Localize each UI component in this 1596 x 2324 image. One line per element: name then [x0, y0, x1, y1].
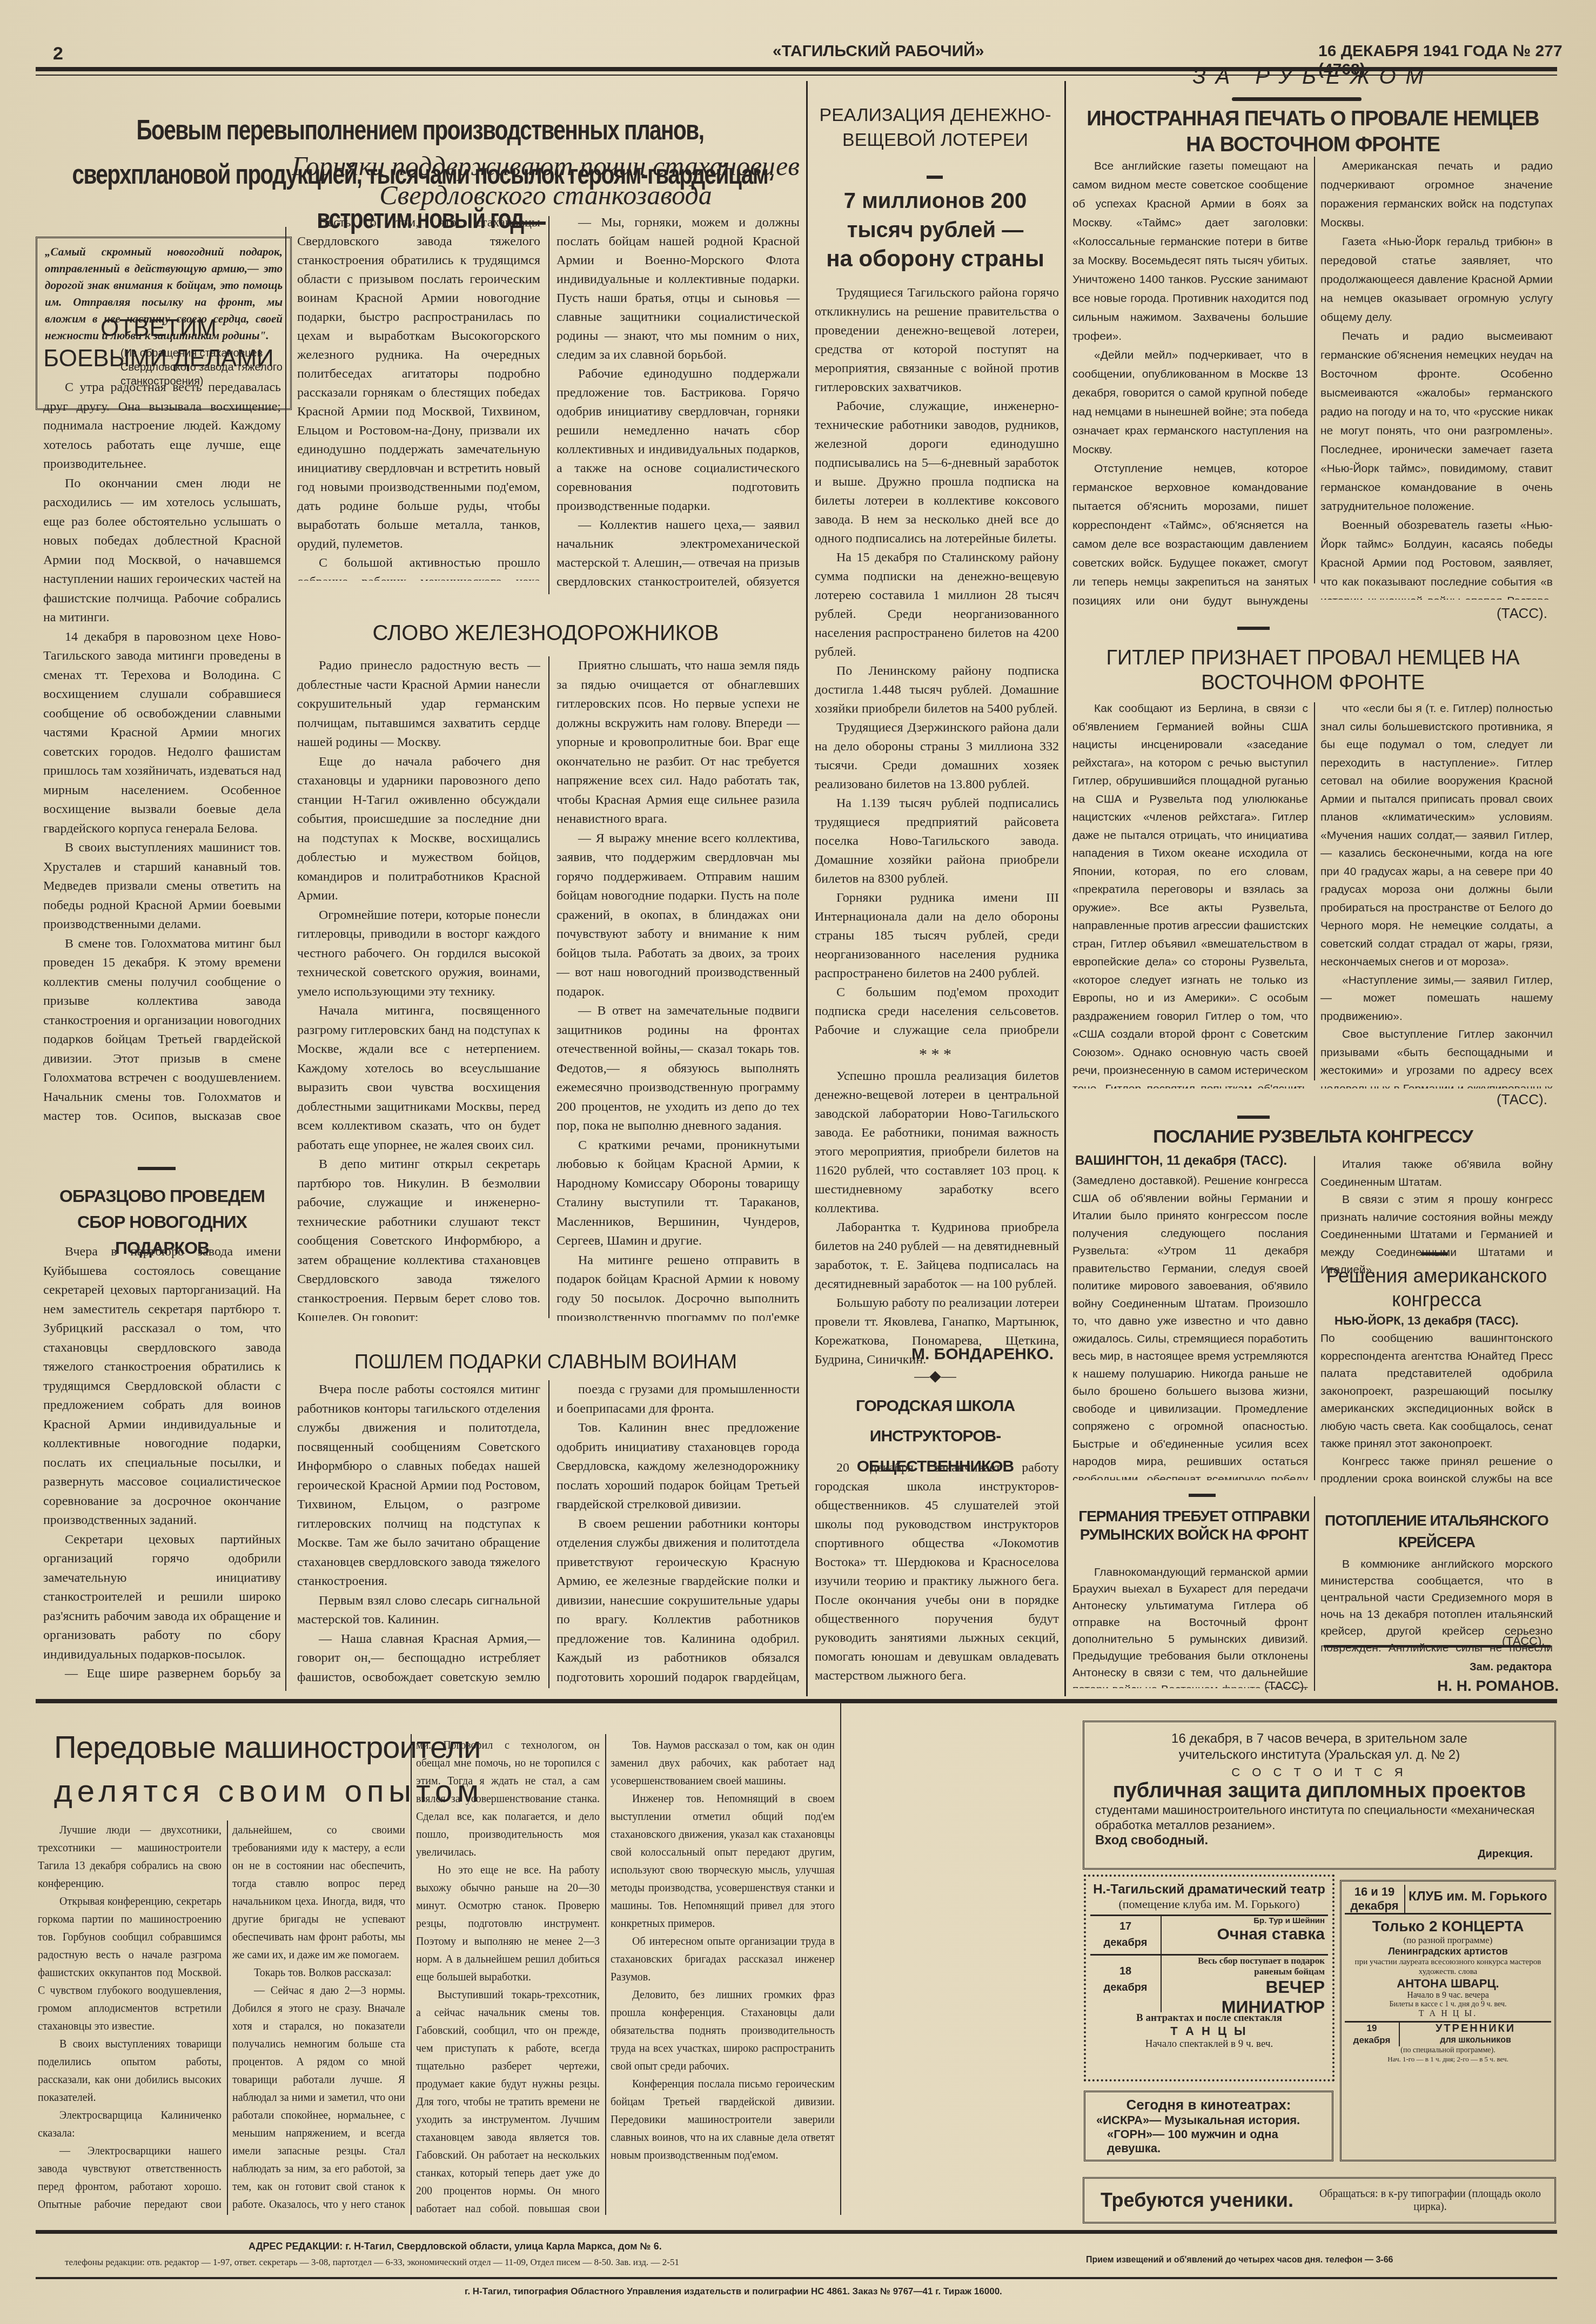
- article-title-gornyaki: Горняки поддерживают почин стахановцев С…: [292, 151, 800, 210]
- ad-cinema: Сегодня в кинотеатрах: «ИСКРА»— Музыкаль…: [1084, 2091, 1333, 2161]
- column-divider: [1314, 157, 1315, 583]
- ad-entry: Вход свободный.: [1084, 1833, 1554, 1848]
- article-col-poshlem-2: поезда с грузами для промышленности и бо…: [556, 1380, 800, 1688]
- lottery-body: Трудящиеся Тагильского района горячо отк…: [815, 284, 1059, 1040]
- ad-spaced: С О С Т О И Т С Я: [1084, 1765, 1554, 1779]
- divider-dash: [927, 176, 943, 179]
- footer-phones: телефоны редакции: отв. редактор — 1-97,…: [65, 2257, 1081, 2268]
- article-col-machine-4: Тов. Наумов рассказал о том, как он один…: [611, 1737, 835, 2212]
- article-title-roosevelt: ПОСЛАНИЕ РУЗВЕЛЬТА КОНГРЕССУ: [1075, 1126, 1551, 1147]
- article-col-machine-3: ми. Поговорил с технологом, он обещал мн…: [416, 1737, 600, 2212]
- article-col-gornyaki-1: Весть о том, что стахановцы Свердловског…: [297, 213, 540, 581]
- article-col-machine-1: Лучшие люди — двухсотники, трехсотники —…: [38, 1822, 222, 2211]
- apprentices-contact: Обращаться: в к-ру типографии (площадь о…: [1306, 2187, 1554, 2213]
- divider-dash: [1189, 1494, 1216, 1497]
- divider-dash: [1237, 1116, 1270, 1119]
- editor-role: Зам. редактора: [1470, 1661, 1552, 1674]
- article-col-gornyaki-2: — Мы, горняки, можем и должны послать бо…: [556, 213, 800, 592]
- ad-diploma-defense: 16 декабря, в 7 часов вечера, в зрительн…: [1083, 1721, 1556, 1870]
- cinema-title: Сегодня в кинотеатрах:: [1085, 2097, 1332, 2113]
- footer-rule: [36, 2230, 1557, 2234]
- article-col-abroad-2: Американская печать и радио подчеркивают…: [1320, 157, 1553, 600]
- article-col-hitler-1: Как сообщают из Берлина, в связи с об'яв…: [1072, 700, 1308, 1089]
- article-title-abroad: ИНОСТРАННАЯ ПЕЧАТЬ О ПРОВАЛЕ НЕМЦЕВ НА В…: [1075, 106, 1551, 158]
- column-divider: [806, 81, 808, 1696]
- column-divider: [1064, 81, 1066, 1696]
- cinema-item: «ИСКРА»— Музыкальная история.: [1085, 2113, 1332, 2127]
- footer-print: г. Н-Тагил, типография Областного Управл…: [465, 2286, 1329, 2297]
- footer-rule: [36, 2277, 1557, 2279]
- article-title-cruiser: ПОТОПЛЕНИЕ ИТАЛЬЯНСКОГО КРЕЙСЕРА: [1320, 1510, 1553, 1553]
- ad-headline: публичная защита дипломных проектов: [1084, 1779, 1554, 1803]
- section-underline: [1232, 97, 1362, 101]
- lottery-kicker: РЕАЛИЗАЦИЯ ДЕНЕЖНО-ВЕЩЕВОЙ ЛОТЕРЕИ: [810, 103, 1060, 152]
- divider-dash: [1421, 1252, 1448, 1255]
- ad-apprentices: Требуются ученики. Обращаться: в к-ру ти…: [1083, 2177, 1556, 2224]
- article-body-obraztsovo: Вчера в партбюро завода имени Куйбышева …: [43, 1242, 281, 1691]
- cinema-item: «ГОРН»— 100 мужчин и одна девушка.: [1085, 2127, 1332, 2155]
- club-star: АНТОНА ШВАРЦ.: [1342, 1977, 1554, 1991]
- article-title-poshlem: ПОШЛЕМ ПОДАРКИ СЛАВНЫМ ВОИНАМ: [292, 1351, 800, 1373]
- column-divider: [227, 1821, 228, 2215]
- lottery-body-2: Успешно прошла реализация билетов денежн…: [815, 1067, 1059, 1391]
- editor-rule: [1324, 1645, 1551, 1648]
- column-divider: [1314, 1496, 1315, 1691]
- section-title-abroad: ЗА РУБЕЖОМ: [1075, 65, 1551, 89]
- ad-signature: Дирекция.: [1084, 1848, 1554, 1860]
- theater-name: Н.-Тагильский драматический театр: [1086, 1882, 1332, 1897]
- newspaper-name: «ТАГИЛЬСКИЙ РАБОЧИЙ»: [773, 42, 984, 61]
- column-divider: [548, 216, 549, 594]
- romania-source: (ТАСС).: [1264, 1679, 1307, 1693]
- theater-venue: (помещение клуба им. М. Горького): [1086, 1897, 1332, 1911]
- article-body-school: 20 декабря заканчивает работу городская …: [815, 1459, 1059, 1685]
- column-divider: [548, 1380, 549, 1688]
- article-title-slovo: СЛОВО ЖЕЛЕЗНОДОРОЖНИКОВ: [292, 621, 800, 646]
- column-divider: [548, 656, 549, 1318]
- ad-intro-1: 16 декабря, в 7 часов вечера, в зрительн…: [1084, 1731, 1554, 1747]
- abroad-source: (ТАСС).: [1497, 605, 1547, 622]
- lottery-title-1: 7 миллионов 200 тысяч рублей —: [810, 186, 1060, 245]
- club-headline: Только 2 КОНЦЕРТА: [1342, 1918, 1554, 1935]
- apprentices-headline: Требуются ученики.: [1084, 2189, 1306, 2212]
- article-title-romania: ГЕРМАНИЯ ТРЕБУЕТ ОТПРАВКИ РУМЫНСКИХ ВОЙС…: [1075, 1507, 1313, 1544]
- play-title: ВЕЧЕР МИНИАТЮР: [1162, 1977, 1325, 2017]
- article-col-machine-2: дальнейшем, со своими требованиями иду к…: [232, 1822, 405, 2211]
- ad-body: студентами машиностроительного института…: [1084, 1803, 1554, 1833]
- congress-dateline: НЬЮ-ЙОРК, 13 декабря (ТАСС).: [1335, 1314, 1556, 1328]
- hitler-source: (ТАСС).: [1497, 1091, 1547, 1108]
- lottery-signature: М. БОНДАРЕНКО.: [810, 1345, 1054, 1363]
- ornament-dash: —◆—: [810, 1367, 1060, 1385]
- column-divider: [605, 1734, 606, 2215]
- article-col-poshlem-1: Вчера после работы состоялся митинг рабо…: [297, 1380, 540, 1688]
- editor-name: Н. Н. РОМАНОВ.: [1437, 1677, 1559, 1695]
- roosevelt-dateline: ВАШИНГТОН, 11 декабря (ТАСС).: [1075, 1153, 1313, 1168]
- theater-row: 17 декабря Бр. Тур и Шейнин Очная ставка: [1090, 1915, 1328, 1954]
- article-col-slovo-2: Приятно слышать, что наша земля пядь за …: [556, 656, 800, 1321]
- article-col-abroad-1: Все английские газеты помещают на самом …: [1072, 157, 1308, 616]
- footer-notices: Прием извещений и об'явлений до четырех …: [1086, 2255, 1556, 2265]
- separator-stars: * * *: [810, 1045, 1060, 1064]
- ad-intro-2: учительского института (Уральская ул. д.…: [1084, 1747, 1554, 1763]
- article-title-hitler: ГИТЛЕР ПРИЗНАЕТ ПРОВАЛ НЕМЦЕВ НА ВОСТОЧН…: [1075, 646, 1551, 695]
- column-divider: [1314, 702, 1315, 1080]
- column-divider: [285, 227, 286, 1691]
- lottery-title-2: на оборону страны: [810, 246, 1060, 272]
- article-title-otvetim: ОТВЕТИМ БОЕВЫМИ ДЕЛАМИ: [36, 313, 281, 374]
- column-divider: [411, 1734, 412, 2215]
- theater-row: 18 декабря Весь сбор поступает в подарок…: [1090, 1954, 1328, 2012]
- column-divider: [840, 1702, 841, 2215]
- article-col-hitler-2: что «если бы я (т. е. Гитлер) полностью …: [1320, 700, 1553, 1089]
- footer-address: АДРЕС РЕДАКЦИИ: г. Н-Тагил, Свердловской…: [249, 2241, 1556, 2252]
- article-body-congress: По сообщению вашингтонского корреспонден…: [1320, 1330, 1553, 1487]
- article-body-otvetim: С утра радостная весть передавалась друг…: [43, 378, 281, 1129]
- column-divider: [1314, 1156, 1315, 1480]
- ad-club: 16 и 19 декабря КЛУБ им. М. Горького Тол…: [1340, 1880, 1556, 2161]
- play-title: Очная ставка: [1162, 1925, 1325, 1944]
- article-col-roosevelt-1: (Замедлено доставкой). Решение конгресса…: [1072, 1172, 1308, 1480]
- divider-dash: [138, 1167, 176, 1170]
- article-title-congress: Решения американского конгресса: [1320, 1264, 1553, 1312]
- article-body-romania: Главнокомандующий германской армии Браух…: [1072, 1564, 1308, 1688]
- article-col-slovo-1: Радио принесло радостную весть — доблест…: [297, 656, 540, 1321]
- divider-dash: [1237, 627, 1270, 630]
- section-rule: [36, 1699, 1557, 1703]
- ad-theater: Н.-Тагильский драматический театр (помещ…: [1084, 1875, 1335, 2081]
- club-name: КЛУБ им. М. Горького: [1405, 1885, 1551, 1913]
- page-number: 2: [53, 43, 63, 64]
